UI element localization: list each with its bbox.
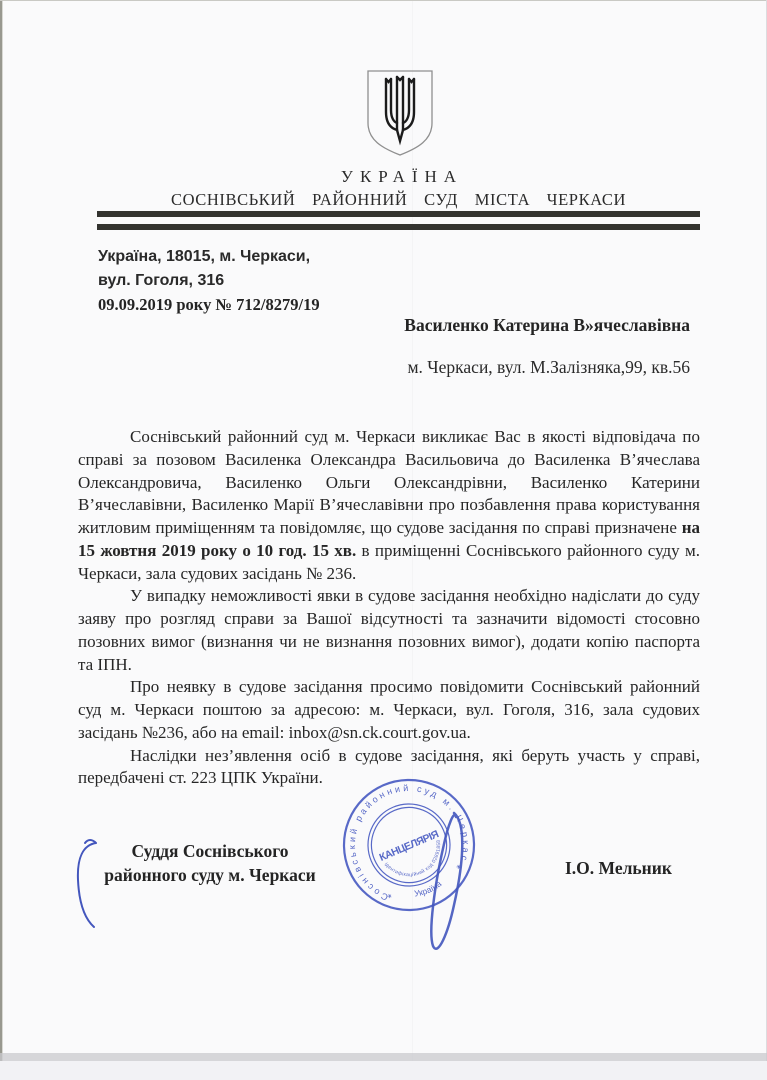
- scan-bed-bottom: [0, 1061, 767, 1080]
- separator-bar-top: [97, 211, 700, 217]
- body-paragraph-3: Про неявку в судове засідання просимо по…: [78, 676, 700, 744]
- ukraine-coat-of-arms-icon: [362, 68, 438, 158]
- scan-edge-left-light: [2, 0, 3, 1080]
- sender-date-reference: 09.09.2019 року № 712/8279/19: [98, 293, 320, 317]
- signature-stroke: [431, 813, 462, 949]
- judge-title-line2: районного суду м. Черкаси: [98, 864, 322, 888]
- judge-title-line1: Суддя Соснівського: [98, 840, 322, 864]
- judge-name: І.О. Мельник: [565, 858, 672, 879]
- recipient-name: Василенко Катерина В»ячеславівна: [404, 315, 690, 336]
- paragraph-1-text-before: Соснівський районний суд м. Черкаси викл…: [78, 427, 700, 537]
- pen-bracket-mark: [70, 836, 108, 934]
- pen-bracket-stroke: [78, 840, 96, 927]
- body-paragraph-1: Соснівський районний суд м. Черкаси викл…: [78, 426, 700, 585]
- stamp-star-left: *: [386, 892, 395, 905]
- scanned-court-letter: УКРАЇНА СОСНІВСЬКИЙ РАЙОННИЙ СУД МІСТА Ч…: [0, 0, 767, 1080]
- letter-body: Соснівський районний суд м. Черкаси викл…: [78, 426, 700, 790]
- sender-address-line2: вул. Гоголя, 316: [98, 269, 320, 293]
- sender-address-line1: Україна, 18015, м. Черкаси,: [98, 245, 320, 269]
- scan-paper-bottom-edge: [0, 1053, 767, 1061]
- recipient-address: м. Черкаси, вул. М.Залізняка,99, кв.56: [407, 357, 690, 378]
- handwritten-signature: [408, 799, 476, 963]
- court-name-title: СОСНІВСЬКИЙ РАЙОННИЙ СУД МІСТА ЧЕРКАСИ: [37, 190, 760, 210]
- scan-edge-top: [0, 0, 767, 1]
- country-title: УКРАЇНА: [97, 167, 700, 187]
- sender-block: Україна, 18015, м. Черкаси, вул. Гоголя,…: [98, 245, 320, 317]
- separator-bar-bottom: [97, 224, 700, 230]
- body-paragraph-2: У випадку неможливості явки в судове зас…: [78, 585, 700, 676]
- judge-title: Суддя Соснівського районного суду м. Чер…: [98, 840, 322, 887]
